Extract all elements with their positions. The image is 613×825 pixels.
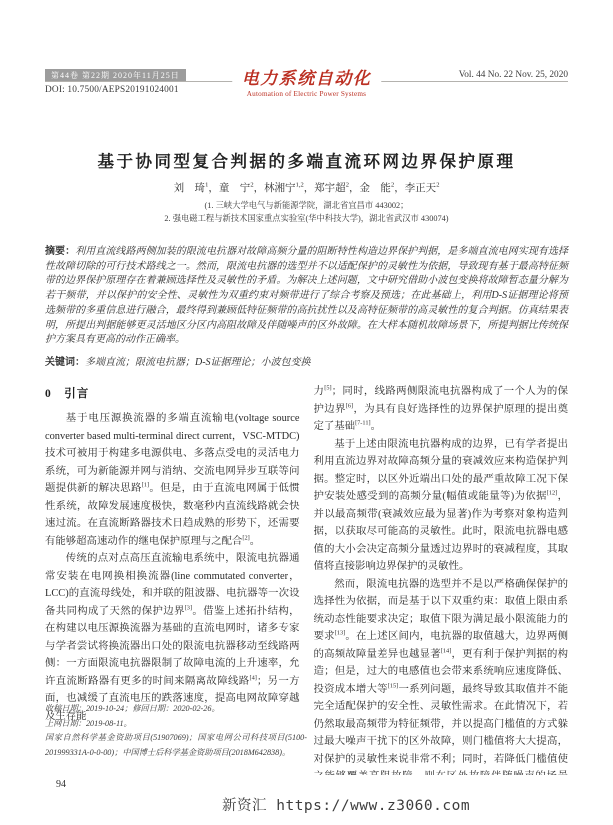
abstract-text: 利用直流线路两侧加装的限流电抗器对故障高频分量的阻断特性构造边界保护判据，是多端… (45, 246, 568, 345)
citation-marker: [14] (441, 647, 452, 654)
issue-info-en: Vol. 44 No. 22 Nov. 25, 2020 (459, 70, 568, 80)
watermark: 新资汇 https://www.z3060.com (222, 794, 470, 815)
footnotes: 收稿日期：2019-10-24；修回日期：2020-02-26。上网日期：201… (45, 702, 307, 760)
citation-marker: [3] (185, 604, 192, 611)
right-column: 力[5]；同时，线路两侧限流电抗器构成了一个人为的保护边界[6]，为具有良好选择… (314, 383, 569, 775)
abstract-label: 摘要： (45, 246, 75, 257)
author: 林湘宁1,2 (264, 183, 304, 194)
journal-logo-cn: 电力系统自动化 (242, 64, 372, 89)
footnote-line: 收稿日期：2019-10-24；修回日期：2020-02-26。 (45, 702, 307, 717)
body-paragraph: 然而，限流电抗器的选型并不是以严格确保保护的选择性为依据，而是基于以下双重约束：… (314, 576, 569, 776)
author-affiliation-sup: 2 (391, 182, 394, 189)
author-affiliation-sup: 2 (346, 182, 349, 189)
citation-marker: [2] (242, 534, 249, 541)
author-list: 刘 琦1，童 宁2，林湘宁1,2，郑宇超2，金 能2，李正天2 (0, 180, 613, 195)
citation-marker: [13] (335, 630, 346, 637)
author: 金 能2 (359, 183, 394, 194)
author: 刘 琦1 (174, 183, 209, 194)
footnote-line: 上网日期：2019-08-11。 (45, 717, 307, 732)
abstract: 摘要：利用直流线路两侧加装的限流电抗器对故障高频分量的阻断特性构造边界保护判据，… (45, 245, 568, 348)
keywords-text: 多端直流；限流电抗器；D-S证据理论；小波包变换 (85, 357, 311, 368)
section-heading: 0 引言 (45, 385, 300, 401)
citation-marker: [4] (249, 674, 256, 681)
journal-logo-en: Automation of Electric Power Systems (242, 90, 372, 98)
footnote-line: 国家自然科学基金资助项目(51907069)；国家电网公司科技项目(5100-2… (45, 731, 307, 760)
citation-marker: [5] (324, 385, 331, 392)
body-paragraph: 基于上述由限流电抗器构成的边界，已有学者提出利用直流边界对故障高频分量的衰减效应… (314, 436, 569, 576)
citation-marker: [6] (346, 402, 353, 409)
body-paragraph: 传统的点对点高压直流输电系统中，限流电抗器通常安装在电网换相换流器(line c… (45, 550, 300, 725)
author-affiliation-sup: 2 (250, 182, 253, 189)
keywords-label: 关键词： (45, 357, 85, 368)
citation-marker: [7-11] (355, 420, 371, 427)
author: 郑宇超2 (314, 183, 349, 194)
page-number: 94 (56, 779, 66, 790)
citation-marker: [12] (547, 490, 558, 497)
affiliation-line-2: 2. 强电磁工程与新技术国家重点实验室(华中科技大学)，湖北省武汉市 43007… (0, 212, 613, 225)
body-paragraph: 力[5]；同时，线路两侧限流电抗器构成了一个人为的保护边界[6]，为具有良好选择… (314, 383, 569, 436)
affiliations: (1. 三峡大学电气与新能源学院，湖北省宜昌市 443002； 2. 强电磁工程… (0, 199, 613, 225)
body-paragraph: 基于电压源换流器的多端直流输电(voltage source converter… (45, 410, 300, 550)
author-affiliation-sup: 2 (436, 182, 439, 189)
keywords: 关键词：多端直流；限流电抗器；D-S证据理论；小波包变换 (45, 353, 568, 368)
author-affiliation-sup: 1,2 (296, 182, 304, 189)
affiliation-line-1: (1. 三峡大学电气与新能源学院，湖北省宜昌市 443002； (0, 199, 613, 212)
author: 李正天2 (405, 183, 440, 194)
citation-marker: [1] (142, 482, 149, 489)
journal-page: 第44卷 第22期 2020年11月25日 DOI: 10.7500/AEPS2… (0, 0, 613, 825)
journal-logo: 电力系统自动化 Automation of Electric Power Sys… (232, 64, 382, 98)
article-title: 基于协同型复合判据的多端直流环网边界保护原理 (0, 148, 613, 172)
author: 童 宁2 (219, 183, 254, 194)
citation-marker: [15] (388, 682, 399, 689)
author-affiliation-sup: 1 (205, 182, 208, 189)
doi: DOI: 10.7500/AEPS20191024001 (45, 85, 179, 95)
